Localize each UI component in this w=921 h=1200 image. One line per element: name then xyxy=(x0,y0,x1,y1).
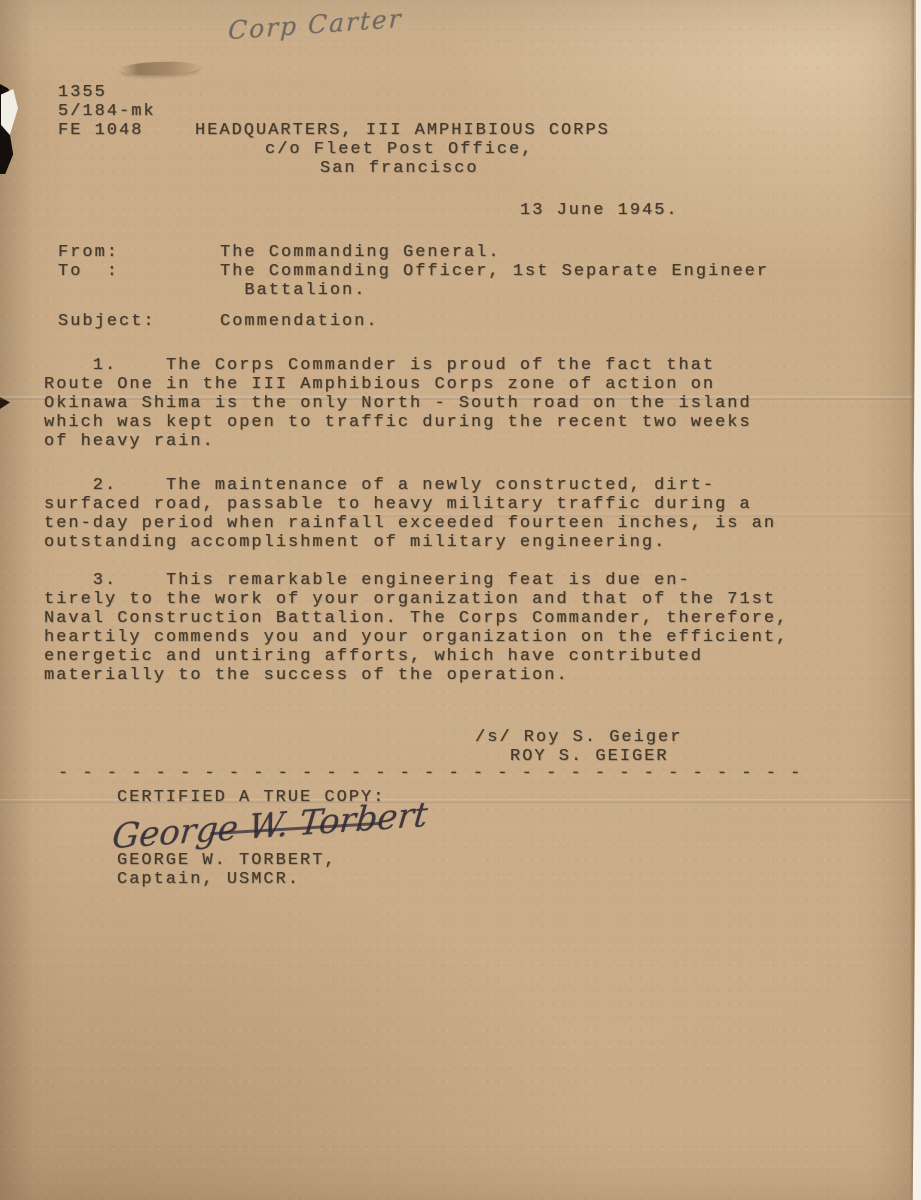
scanned-letter-page: Corp Carter 1355 5/184-mk FE 1048 HEADQU… xyxy=(0,0,921,1200)
signed-line: /s/ Roy S. Geiger xyxy=(475,728,682,747)
from-label: From: xyxy=(58,243,119,262)
from-value: The Commanding General. xyxy=(220,243,501,262)
body-paragraph-2: 2. The maintenance of a newly constructe… xyxy=(44,476,776,552)
letterhead-address-line1: c/o Fleet Post Office, xyxy=(265,140,533,159)
subject-label: Subject: xyxy=(58,312,156,331)
certifier-typed-name: GEORGE W. TORBERT, xyxy=(117,851,337,870)
body-paragraph-1: 1. The Corps Commander is proud of the f… xyxy=(44,356,752,451)
body-paragraph-3: 3. This remarkable engineering feat is d… xyxy=(44,571,788,685)
to-value: The Commanding Officer, 1st Separate Eng… xyxy=(220,262,769,300)
to-label: To : xyxy=(58,262,119,281)
pencil-annotation: Corp Carter xyxy=(228,4,403,45)
staple-tear-mark xyxy=(121,61,199,77)
dashed-divider: - - - - - - - - - - - - - - - - - - - - … xyxy=(58,764,802,783)
letterhead-org: HEADQUARTERS, III AMPHIBIOUS CORPS xyxy=(195,121,610,140)
date-line: 13 June 1945. xyxy=(520,201,679,220)
file-reference-numbers: 1355 5/184-mk FE 1048 xyxy=(58,83,156,140)
certifier-rank: Captain, USMCR. xyxy=(117,870,300,889)
paper-right-edge-shadow xyxy=(910,0,914,1200)
letterhead-address-line2: San francisco xyxy=(320,159,479,178)
subject-value: Commendation. xyxy=(220,312,379,331)
